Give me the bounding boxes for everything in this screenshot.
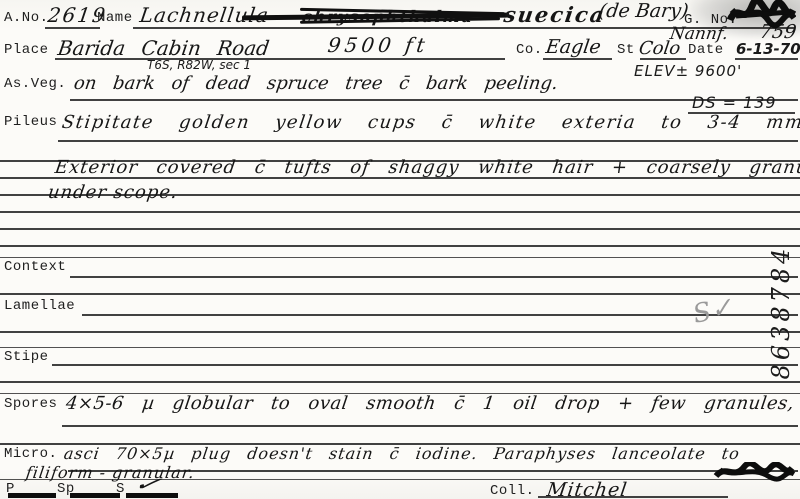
- name-label: Name: [97, 10, 133, 26]
- ruled-line: [0, 293, 800, 295]
- context-label: Context: [4, 259, 66, 275]
- ruled-line: [0, 228, 800, 230]
- stipe-label: Stipe: [4, 349, 49, 365]
- s-checkmark: ✓: [130, 474, 164, 495]
- ruled-line: [70, 99, 798, 101]
- ink-scribble: [726, 0, 796, 30]
- ruled-line: [0, 347, 800, 348]
- ruled-line: [62, 425, 798, 427]
- spores-value: 4×5-6 µ globular to oval smooth c̄ 1 oil…: [65, 393, 796, 414]
- ruled-line: [45, 27, 100, 29]
- ruled-line: [70, 493, 120, 498]
- elevation-note: ELEV± 9600': [634, 62, 742, 80]
- pileus-value: Stipitate golden yellow cups c̄ white ex…: [61, 112, 800, 133]
- ruled-line: [735, 58, 798, 60]
- margin-accession-number: 8638784: [767, 226, 800, 398]
- county-label: Co.: [516, 42, 543, 58]
- micro-value-2: filiform - granular.: [25, 463, 197, 482]
- ruled-line: [70, 276, 798, 278]
- ruled-line: [0, 381, 800, 383]
- ruled-line: [0, 331, 800, 333]
- ink-scribble: [712, 462, 796, 482]
- ruled-line: [543, 58, 612, 60]
- s-label: S: [116, 481, 125, 497]
- micro-label: Micro.: [4, 446, 57, 462]
- ruled-line: [0, 211, 800, 213]
- note-line-1: Exterior covered c̄ tufts of shaggy whit…: [54, 157, 800, 178]
- note-line-2: under scope.: [47, 182, 180, 203]
- specimen-card: A.No. 2619 Name Lachnellula chrysophthal…: [0, 0, 800, 499]
- authority-value: (de Bary): [597, 0, 689, 22]
- date-value: 6-13-70: [736, 40, 800, 58]
- micro-value: asci 70×5µ plug doesn't stain c̄ iodine.…: [63, 444, 742, 463]
- ruled-line: [0, 245, 800, 247]
- date-label: Date: [688, 42, 724, 58]
- place-value: Barida Cabin Road: [56, 36, 271, 60]
- place-label: Place: [4, 42, 49, 58]
- ruled-line: [58, 140, 798, 142]
- as-veg-value: on bark of dead spruce tree c̄ bark peel…: [73, 73, 560, 94]
- ruled-line: [8, 493, 56, 498]
- ruled-line: [82, 314, 798, 316]
- spores-label: Spores: [4, 396, 57, 412]
- ruled-line: [52, 364, 798, 366]
- state-value: Colo: [638, 38, 682, 59]
- p-label: P: [6, 481, 15, 497]
- state-label: St: [617, 42, 635, 58]
- county-value: Eagle: [544, 36, 602, 58]
- ruled-line: [0, 257, 800, 258]
- epithet-value: suecica: [502, 2, 607, 27]
- ds-number: DS = 139: [692, 93, 777, 112]
- coll-value: Mitchel: [545, 479, 628, 499]
- pileus-label: Pileus: [4, 114, 57, 130]
- as-veg-label: As.Veg.: [4, 76, 66, 92]
- place-elevation: 9500 ft: [326, 33, 430, 57]
- coll-label: Coll.: [490, 483, 535, 499]
- lamellae-label: Lamellae: [4, 298, 75, 314]
- township-note: T6S, R82W, sec 1: [147, 58, 251, 72]
- sp-label: Sp: [57, 481, 75, 497]
- pencil-mark: S✓: [690, 292, 735, 330]
- a-no-label: A.No.: [4, 10, 49, 26]
